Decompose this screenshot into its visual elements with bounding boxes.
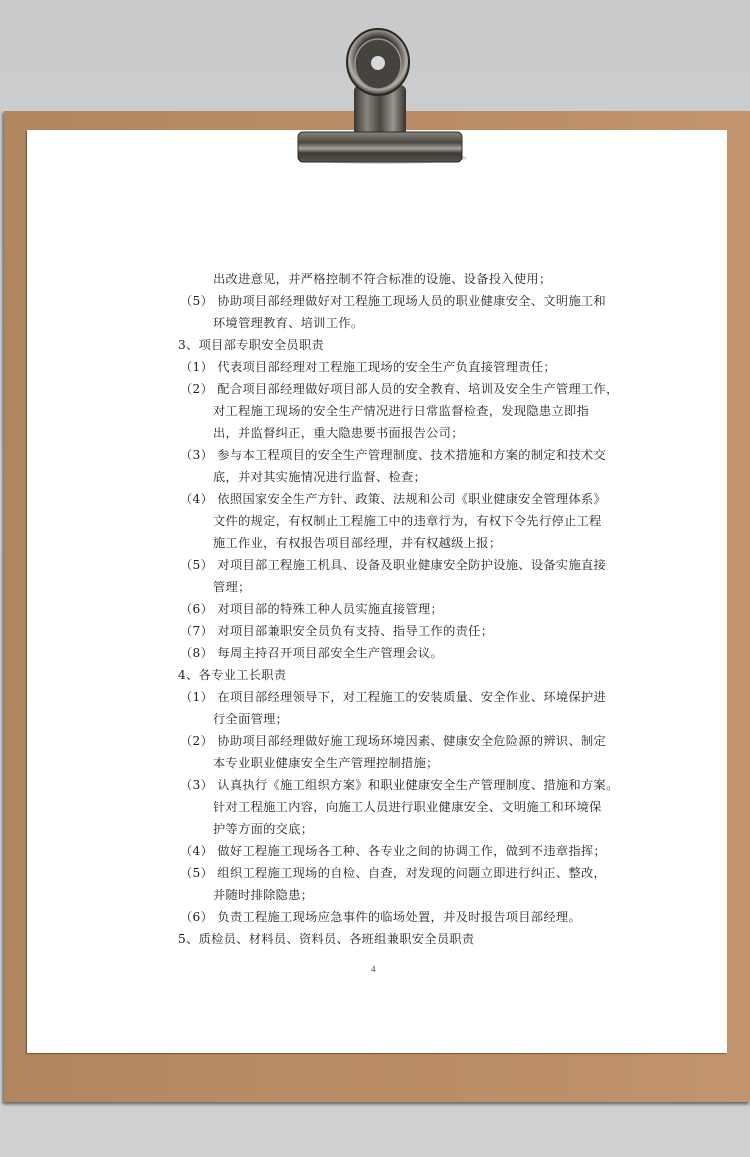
document-line: （3） 参与本工程项目的安全生产管理制度、技术措施和方案的制定和技术交 bbox=[180, 447, 606, 463]
document-line: 本专业职业健康安全生产管理控制措施； bbox=[213, 755, 439, 771]
document-line: 对工程施工现场的安全生产情况进行日常监督检查，发现隐患立即指 bbox=[213, 403, 589, 419]
document-line: 出改进意见，并严格控制不符合标准的设施、设备投入使用； bbox=[213, 271, 552, 287]
document-line: （7） 对项目部兼职安全员负有支持、指导工作的责任； bbox=[180, 623, 493, 639]
binder-clip-icon bbox=[290, 20, 470, 170]
document-line: 施工作业，有权报告项目部经理，并有权越级上报； bbox=[213, 535, 501, 551]
document-line: （5） 组织工程施工现场的自检、自查，对发现的问题立即进行纠正、整改， bbox=[180, 865, 606, 881]
document-line: 4、各专业工长职责 bbox=[178, 667, 286, 683]
document-line: 5、质检员、材料员、资料员、各班组兼职安全员职责 bbox=[178, 931, 474, 947]
document-line: （2） 配合项目部经理做好项目部人员的安全教育、培训及安全生产管理工作， bbox=[180, 381, 619, 397]
document-line: 底，并对其实施情况进行监督、检查； bbox=[213, 469, 426, 485]
document-line: （1） 在项目部经理领导下，对工程施工的安装质量、安全作业、环境保护进 bbox=[180, 689, 606, 705]
document-line: （5） 对项目部工程施工机具、设备及职业健康安全防护设施、设备实施直接 bbox=[180, 557, 606, 573]
document-line: （3） 认真执行《施工组织方案》和职业健康安全生产管理制度、措施和方案。 bbox=[180, 777, 619, 793]
document-line: 护等方面的交底； bbox=[213, 821, 313, 837]
document-line: 并随时排除隐患； bbox=[213, 887, 313, 903]
document-line: （2） 协助项目部经理做好施工现场环境因素、健康安全危险源的辨识、制定 bbox=[180, 733, 606, 749]
document-line: （4） 做好工程施工现场各工种、各专业之间的协调工作，做到不违章指挥； bbox=[180, 843, 606, 859]
document-line: 针对工程施工内容，向施工人员进行职业健康安全、文明施工和环境保 bbox=[213, 799, 602, 815]
document-line: （5） 协助项目部经理做好对工程施工现场人员的职业健康安全、文明施工和 bbox=[180, 293, 606, 309]
document-line: （8） 每周主持召开项目部安全生产管理会议。 bbox=[180, 645, 443, 661]
document-line: （6） 负责工程施工现场应急事件的临场处置，并及时报告项目部经理。 bbox=[180, 909, 581, 925]
page-number: 4 bbox=[371, 964, 376, 974]
document-line: （6） 对项目部的特殊工种人员实施直接管理； bbox=[180, 601, 443, 617]
document-line: （1） 代表项目部经理对工程施工现场的安全生产负直接管理责任； bbox=[180, 359, 556, 375]
document-line: 行全面管理； bbox=[213, 711, 288, 727]
document-line: （4） 依照国家安全生产方针、政策、法规和公司《职业健康安全管理体系》 bbox=[180, 491, 606, 507]
document-line: 管理； bbox=[213, 579, 251, 595]
document-line: 环境管理教育、培训工作。 bbox=[213, 315, 363, 331]
document-line: 出，并监督纠正，重大隐患要书面报告公司； bbox=[213, 425, 464, 441]
document-line: 3、项目部专职安全员职责 bbox=[178, 337, 324, 353]
document-line: 文件的规定，有权制止工程施工中的违章行为，有权下令先行停止工程 bbox=[213, 513, 602, 529]
